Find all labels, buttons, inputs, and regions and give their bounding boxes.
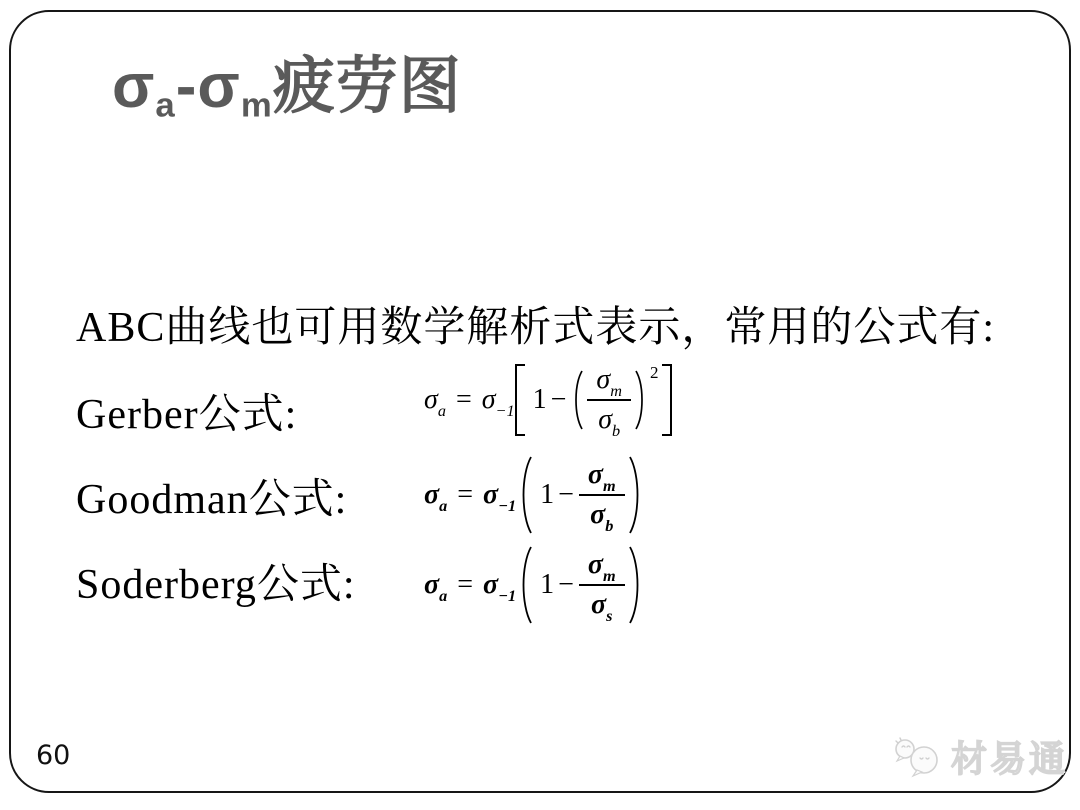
watermark: 材易通 [892,731,1068,782]
minus-sign: − [551,386,567,414]
title-sub-m: m [241,87,273,125]
watermark-text: 材易通 [951,731,1068,782]
formula-label-goodman: Goodman公式: [76,466,347,526]
gerber-formula: σa = σ−1 1 − σm σb 2 [424,364,672,436]
formula-label-gerber: Gerber公式: [76,381,297,441]
number-one: 1 [533,386,547,414]
fraction-denominator: σb [589,401,629,436]
chat-bubbles-icon [892,736,944,778]
sigma-minus1-term: σ−1 [482,386,515,414]
sigma-a-term: σa [424,481,447,509]
fraction-numerator: σm [587,364,631,401]
sigma-minus1-term: σ−1 [483,481,516,509]
minus-sign: − [558,481,574,509]
fraction: σm σs [579,549,625,621]
soderberg-formula: σa = σ−1 1 − σm σs [424,545,645,625]
sigma-a-term: σa [424,386,446,414]
minus-sign: − [558,571,574,599]
exponent: 2 [650,364,659,381]
title-sigma-m: σ [197,52,240,121]
sigma-minus1-term: σ−1 [483,571,516,599]
fraction: σm σb [587,364,631,436]
close-paren [633,369,649,431]
open-paren [516,545,534,625]
close-square-bracket [662,364,672,436]
open-paren [569,369,585,431]
fraction-denominator: σb [581,496,622,531]
open-square-bracket [515,364,525,436]
close-paren [627,455,645,535]
number-one: 1 [540,571,554,599]
close-paren [627,545,645,625]
formula-label-soderberg: Soderberg公式: [76,551,356,611]
title-sigma-a: σ [112,52,155,121]
equals-sign: = [456,386,472,414]
title-suffix: 疲劳图 [273,52,462,121]
fraction-denominator: σs [582,586,621,621]
page-number: 60 [36,740,70,771]
intro-text: ABC曲线也可用数学解析式表示，常用的公式有: [76,294,995,354]
fraction: σm σb [579,459,625,531]
equals-sign: = [457,571,473,599]
sigma-a-term: σa [424,571,447,599]
number-one: 1 [540,481,554,509]
page-title: σa-σm疲劳图 [112,36,462,125]
title-sub-a: a [155,87,175,125]
title-hyphen: - [176,52,198,121]
fraction-numerator: σm [579,549,625,586]
equals-sign: = [457,481,473,509]
open-paren [516,455,534,535]
goodman-formula: σa = σ−1 1 − σm σb [424,455,645,535]
fraction-numerator: σm [579,459,625,496]
